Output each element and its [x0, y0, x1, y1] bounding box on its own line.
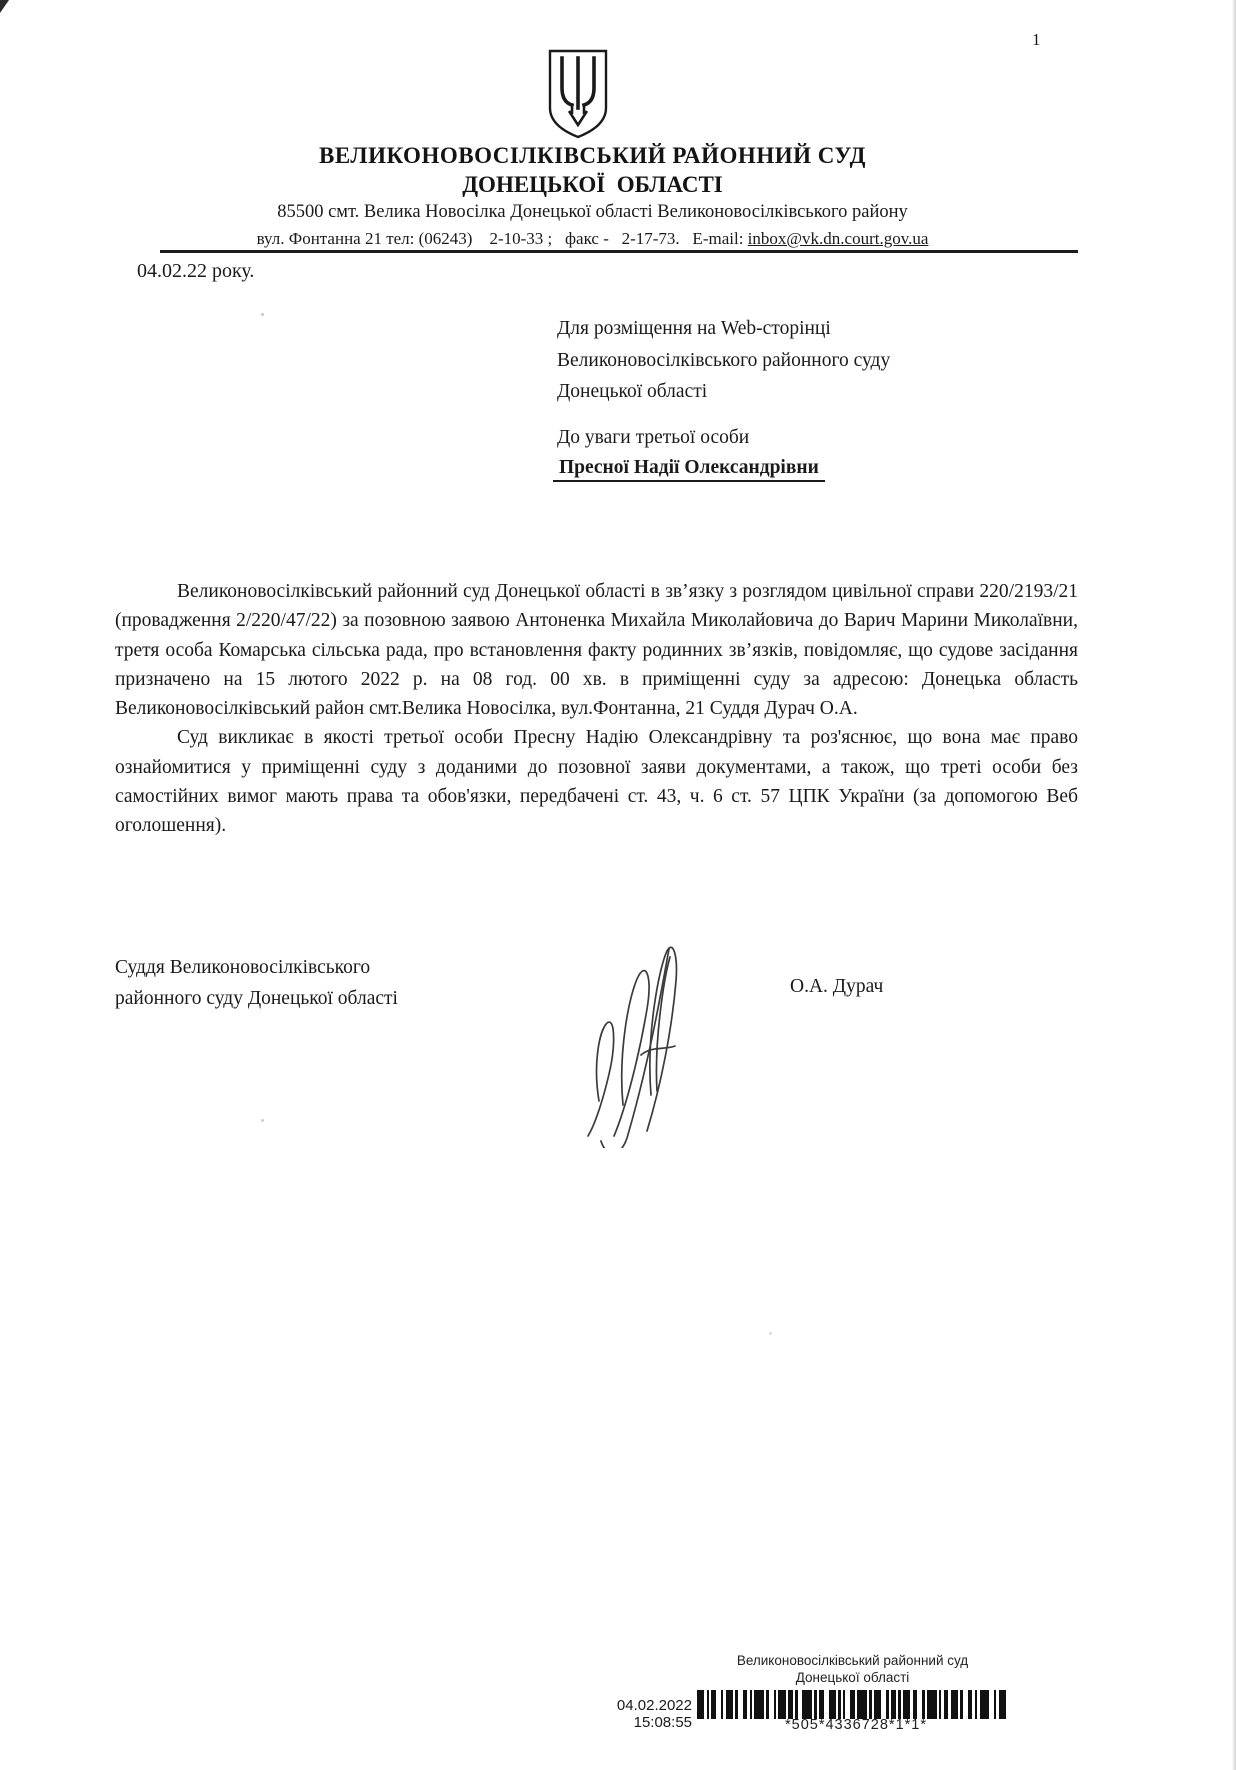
document-date: 04.02.22 року. [137, 260, 254, 283]
court-address: 85500 смт. Велика Новосілка Донецької об… [0, 202, 1185, 223]
scan-speck [261, 313, 264, 316]
attention-line: До уваги третьої особи [557, 427, 749, 449]
addressee-block: Для розміщення на Web-сторінці Великонов… [557, 313, 890, 408]
judge-title-line: Суддя Великоновосілківського [115, 953, 398, 984]
barcode [697, 1690, 1015, 1719]
page-number: 1 [1032, 30, 1041, 50]
body-paragraph: Великоновосілківський районний суд Донец… [115, 577, 1078, 723]
court-title-line1: ВЕЛИКОНОВОСІЛКІВСЬКИЙ РАЙОННИЙ СУД [0, 143, 1185, 169]
trident-emblem-icon [546, 48, 610, 140]
addressee-line: Великоновосілківського районного суду [557, 345, 890, 377]
notice-body: Великоновосілківський районний суд Донец… [115, 577, 1078, 841]
third-party-name: Пресної Надії Олександрівни [553, 457, 825, 482]
document-page: 1 ВЕЛИКОНОВОСІЛКІВСЬКИЙ РАЙОННИЙ СУД ДОН… [0, 0, 1236, 1770]
addressee-line: Для розміщення на Web-сторінці [557, 313, 890, 345]
scan-corner-artifact [0, 0, 9, 13]
judge-title-block: Суддя Великоновосілківського районного с… [115, 953, 398, 1014]
stamp-court-line: Великоновосілківський районний суд [690, 1653, 1015, 1670]
scan-speck [261, 1119, 264, 1122]
barcode-value: *505*4336728*1*1* [697, 1717, 1015, 1730]
stamp-datetime: 04.02.2022 15:08:55 [568, 1697, 692, 1731]
body-paragraph: Суд викликає в якості третьої особи Прес… [115, 723, 1078, 840]
court-title-line2: ДОНЕЦЬКОЇ ОБЛАСТІ [0, 172, 1185, 198]
stamp-court-line: Донецької області [690, 1670, 1015, 1687]
judge-signature [565, 933, 715, 1148]
contacts-text: вул. Фонтанна 21 тел: (06243) 2-10-33 ; … [257, 229, 748, 248]
court-contacts: вул. Фонтанна 21 тел: (06243) 2-10-33 ; … [0, 229, 1185, 249]
court-email: inbox@vk.dn.court.gov.ua [748, 229, 929, 248]
addressee-line: Донецької області [557, 376, 890, 408]
header-divider [160, 250, 1078, 253]
judge-name: О.А. Дурач [790, 976, 883, 998]
judge-title-line: районного суду Донецької області [115, 984, 398, 1015]
scan-edge-shadow [1232, 0, 1236, 1770]
stamp-court-name: Великоновосілківський районний суд Донец… [690, 1653, 1015, 1686]
scan-speck [769, 1332, 772, 1335]
